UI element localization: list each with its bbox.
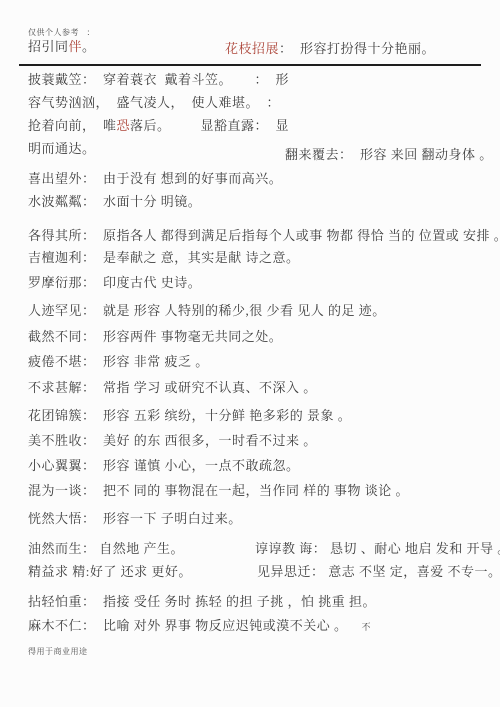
watermark-bottom: 得用于商业用途	[28, 644, 88, 659]
definition-line: 吉檀迦利： 是奉献之 意，其实是献 诗之意。	[28, 250, 300, 265]
header-left-red-char: 伴	[69, 39, 83, 54]
definition-line: 喜出望外： 由于没有 想到的好事而高兴。	[28, 171, 282, 186]
definition-line: 抢着向前， 唯恐落后。 显豁直露： 显	[28, 118, 289, 133]
definition-line: 罗摩衍那： 印度古代 史诗。	[28, 275, 201, 290]
definition-line-right: 翻来覆去： 形容 来回 翻动身体 。	[285, 147, 493, 162]
definition-line: 小心翼翼： 形容 谨慎 小心，一点不敢疏忽。	[28, 458, 300, 473]
header-left-suffix: 。	[82, 39, 96, 54]
definition-line-left: 精益求 精:好了 还求 更好。	[28, 564, 192, 579]
document-page: 仅供个人参考 ： 招引同伴。 花枝招展： 形容打扮得十分艳丽。 披蓑戴笠： 穿着…	[0, 0, 500, 707]
header-right-line: 花枝招展： 形容打扮得十分艳丽。	[225, 41, 435, 56]
definition-line-right: 见异思迁： 意志 不坚 定，喜爱 不专一。	[257, 564, 500, 579]
definition-line: 疲倦不堪： 形容 非常 疲乏 。	[28, 354, 209, 369]
line3-prefix: 抢着向前， 唯	[28, 118, 117, 133]
header-left-prefix: 招引同	[28, 39, 69, 54]
definition-line-right: 谆谆教 诲： 恳切 、耐心 地启 发和 开导 。	[255, 541, 500, 556]
divider-rule	[19, 64, 481, 66]
definition-line: 混为一谈： 把不 同的 事物混在一起，当作同 样的 事物 谈论 。	[28, 483, 409, 498]
definition-line: 恍然大悟： 形容一下 子明白过来。	[28, 511, 242, 526]
definition-line: 拈轻怕重： 指接 受任 务时 拣轻 的担 子挑 ，怕 挑重 担。	[28, 594, 376, 609]
definition-line: 各得其所： 原指各人 都得到满足后指每个人或事 物都 得恰 当的 位置或 安排 …	[28, 228, 500, 243]
mamu-small-suffix: 不	[362, 622, 372, 632]
definition-line: 麻木不仁： 比喻 对外 界事 物反应迟钝或漠不关心 。不	[28, 618, 371, 635]
line3-red-char: 恐	[117, 118, 131, 133]
definition-line-left: 油然而生： 自然地 产生。	[28, 541, 184, 556]
definition-line: 花团锦簇： 形容 五彩 缤纷，十分鲜 艳多彩的 景象 。	[28, 408, 351, 423]
definition-line: 水波粼粼： 水面十分 明镜。	[28, 194, 201, 209]
header-right-term: 花枝招展	[225, 41, 279, 56]
watermark-top: 仅供个人参考 ：	[28, 25, 95, 40]
definition-line: 不求甚解： 常指 学习 或研究不认真、不深入 。	[28, 380, 317, 395]
definition-line: 美不胜收： 美好 的东 西很多，一时看不过来 。	[28, 433, 317, 448]
definition-line: 截然不同： 形容两件 事物毫无共同之处。	[28, 329, 282, 344]
line3-suffix: 落后。 显豁直露： 显	[130, 118, 289, 133]
header-right-definition: ： 形容打扮得十分艳丽。	[279, 41, 435, 56]
header-left-line: 招引同伴。	[28, 39, 96, 54]
definition-line: 人迹罕见： 就是 形容 人特别的稀少,很 少看 见人 的足 迹。	[28, 303, 386, 318]
definition-line: 容气势汹汹， 盛气凌人， 使人难堪。 ：	[28, 95, 280, 110]
definition-line: 披蓑戴笠： 穿着蓑衣 戴着斗笠。 ： 形	[28, 72, 289, 87]
mamu-main: 麻木不仁： 比喻 对外 界事 物反应迟钝或漠不关心 。	[28, 618, 348, 633]
definition-line: 明而通达。	[28, 141, 96, 156]
